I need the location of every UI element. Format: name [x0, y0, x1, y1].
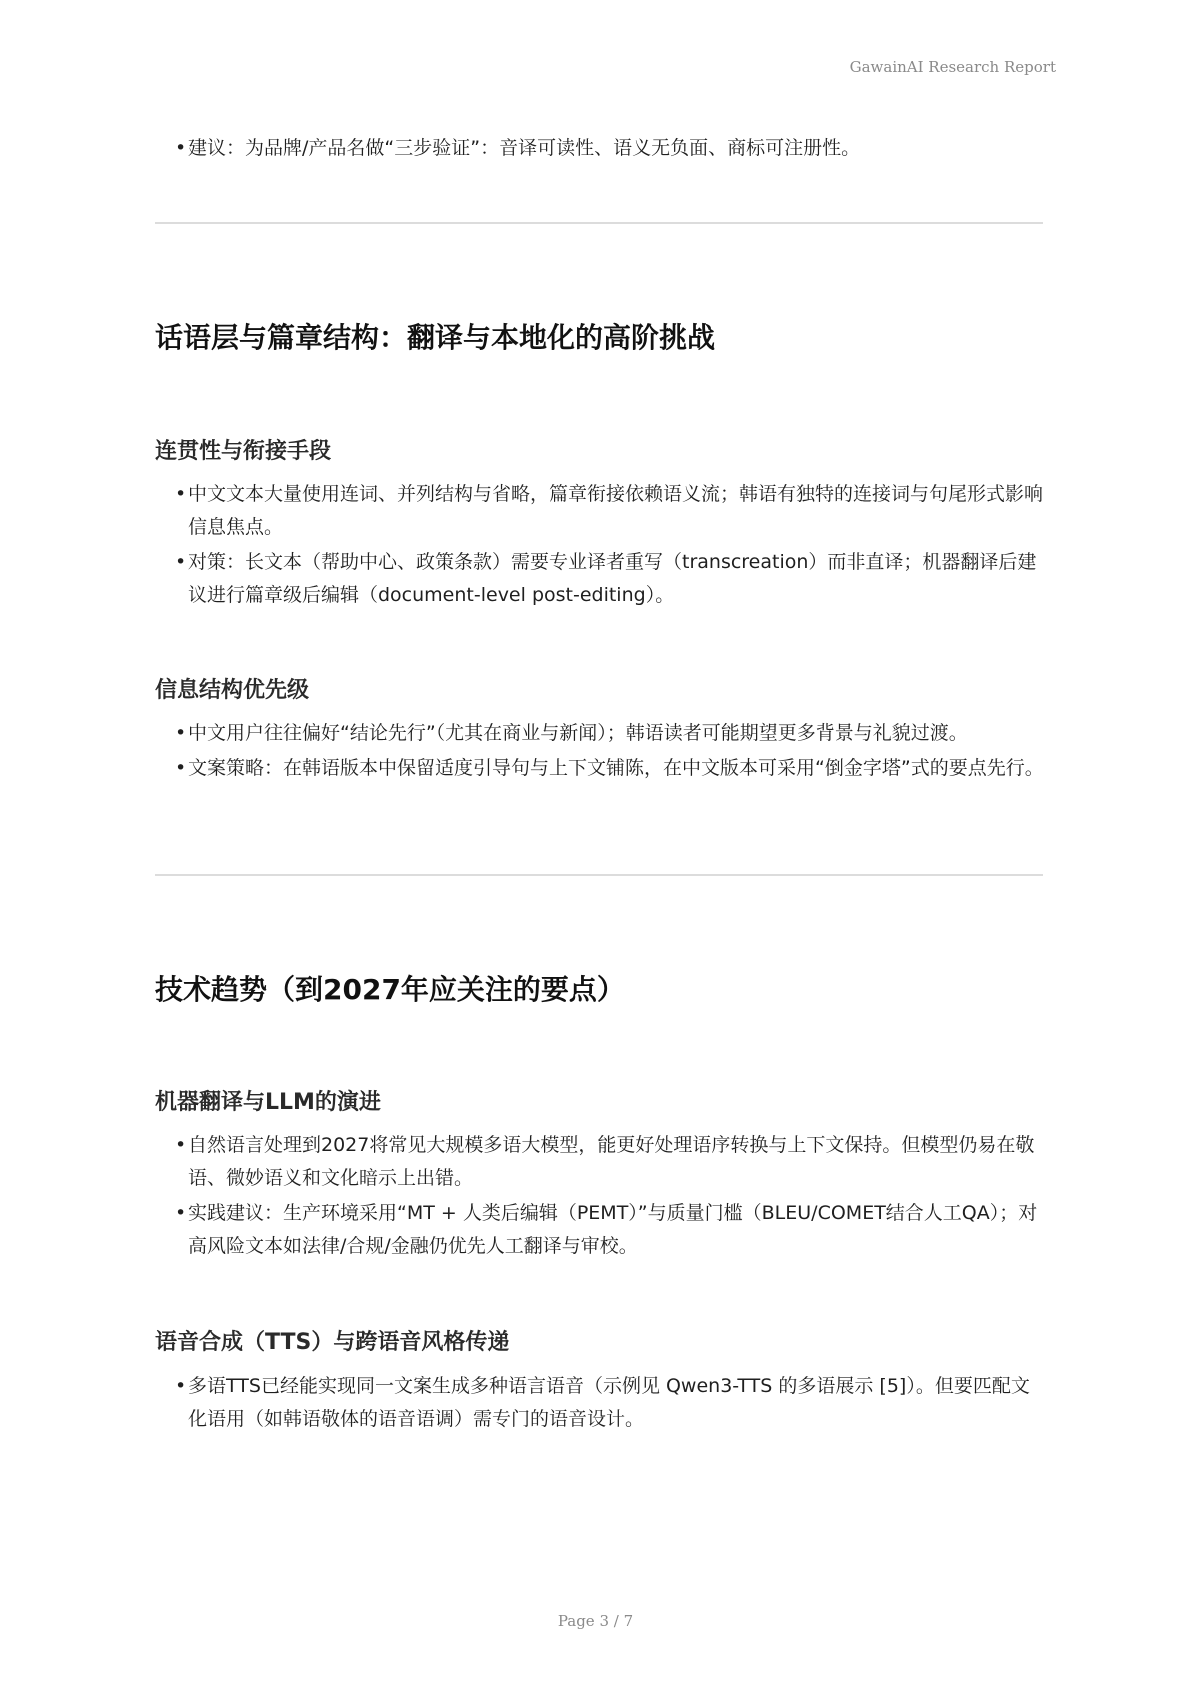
section-heading: 话语层与篇章结构：翻译与本地化的高阶挑战	[155, 316, 715, 356]
report-header: GawainAI Research Report	[850, 58, 1056, 76]
bullet-list: 建议：为品牌/产品名做“三步验证”：音译可读性、语义无负面、商标可注册性。	[155, 132, 1045, 165]
bullet-list: 自然语言处理到2027将常见大规模多语大模型，能更好处理语序转换与上下文保持。但…	[155, 1129, 1045, 1263]
subsection-heading: 连贯性与衔接手段	[155, 434, 331, 465]
bullet-list: 中文用户往往偏好“结论先行”（尤其在商业与新闻）；韩语读者可能期望更多背景与礼貌…	[155, 717, 1045, 785]
list-item: 自然语言处理到2027将常见大规模多语大模型，能更好处理语序转换与上下文保持。但…	[155, 1129, 1045, 1195]
page-number: Page 3 / 7	[0, 1612, 1191, 1630]
list-item: 对策：长文本（帮助中心、政策条款）需要专业译者重写（transcreation）…	[155, 546, 1045, 612]
divider	[155, 222, 1043, 224]
subsection-heading: 信息结构优先级	[155, 673, 309, 704]
list-item: 中文用户往往偏好“结论先行”（尤其在商业与新闻）；韩语读者可能期望更多背景与礼貌…	[155, 717, 1045, 750]
list-item: 中文文本大量使用连词、并列结构与省略，篇章衔接依赖语义流；韩语有独特的连接词与句…	[155, 478, 1045, 544]
list-item: 多语TTS已经能实现同一文案生成多种语言语音（示例见 Qwen3-TTS 的多语…	[155, 1370, 1045, 1436]
list-item: 实践建议：生产环境采用“MT + 人类后编辑（PEMT）”与质量门槛（BLEU/…	[155, 1197, 1045, 1263]
subsection-heading: 机器翻译与LLM的演进	[155, 1085, 381, 1116]
section-heading: 技术趋势（到2027年应关注的要点）	[155, 968, 625, 1008]
list-item: 文案策略：在韩语版本中保留适度引导句与上下文铺陈，在中文版本可采用“倒金字塔”式…	[155, 752, 1045, 785]
bullet-list: 中文文本大量使用连词、并列结构与省略，篇章衔接依赖语义流；韩语有独特的连接词与句…	[155, 478, 1045, 612]
list-item: 建议：为品牌/产品名做“三步验证”：音译可读性、语义无负面、商标可注册性。	[155, 132, 1045, 165]
divider	[155, 874, 1043, 876]
subsection-heading: 语音合成（TTS）与跨语音风格传递	[155, 1325, 509, 1356]
bullet-list: 多语TTS已经能实现同一文案生成多种语言语音（示例见 Qwen3-TTS 的多语…	[155, 1370, 1045, 1436]
